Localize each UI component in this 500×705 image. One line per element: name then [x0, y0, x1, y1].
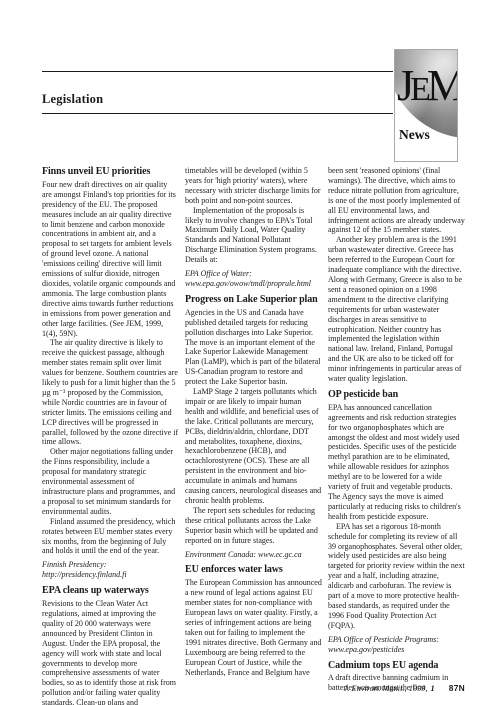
page-footer: J. Environ. Monit., 1999,187N	[42, 683, 465, 693]
page-number: 87N	[449, 683, 465, 693]
paragraph: Another key problem area is the 1991 urb…	[328, 235, 465, 384]
header-rule-top	[42, 71, 393, 72]
column-2: timetables will be developed (within 5 y…	[185, 166, 322, 705]
paragraph: Agencies in the US and Canada have publi…	[185, 308, 322, 387]
story-heading: EU enforces water laws	[185, 565, 322, 575]
paragraph: Finland assumed the presidency, which ro…	[42, 517, 179, 557]
jem-letter: M	[427, 64, 458, 108]
journal-citation: J. Environ. Monit., 1999,	[344, 684, 428, 693]
reference-link: Finnish Presidency: http://presidency.fi…	[42, 560, 179, 580]
logo-news-label: News	[399, 127, 430, 143]
story-heading: OP pesticide ban	[328, 390, 465, 400]
paragraph: The report sets schedules for reducing t…	[185, 506, 322, 546]
paragraph: The air quality directive is likely to r…	[42, 338, 179, 447]
header-rule-bottom	[42, 113, 393, 114]
reference-link: Environment Canada: www.ec.gc.ca	[185, 550, 322, 560]
column-1: Finns unveil EU prioritiesFour new draft…	[42, 166, 179, 705]
story-heading: Progress on Lake Superior plan	[185, 295, 322, 305]
paragraph: Implementation of the proposals is likel…	[185, 206, 322, 265]
paragraph: EPA has announced cancellation agreement…	[328, 403, 465, 522]
paragraph: been sent 'reasoned opinions' (final war…	[328, 166, 465, 235]
jem-logo-text: JEM	[397, 64, 458, 108]
volume-number: 1	[431, 684, 435, 693]
paragraph: timetables will be developed (within 5 y…	[185, 166, 322, 206]
journal-logo: JEM News	[394, 49, 458, 162]
story-heading: Finns unveil EU priorities	[42, 167, 179, 177]
reference-link: EPA Office of Water: www.epa.gov/owow/tm…	[185, 269, 322, 289]
section-title: Legislation	[42, 92, 103, 107]
paragraph: Four new draft directives on air quality…	[42, 180, 179, 339]
paragraph: The European Commission has announced a …	[185, 578, 322, 677]
story-heading: EPA cleans up waterways	[42, 586, 179, 596]
paragraph: LaMP Stage 2 targets pollutants which im…	[185, 387, 322, 506]
column-3: been sent 'reasoned opinions' (final war…	[328, 166, 465, 705]
reference-link: EPA Office of Pesticide Programs: www.ep…	[328, 635, 465, 655]
columns: Finns unveil EU prioritiesFour new draft…	[42, 166, 465, 705]
story-heading: Cadmium tops EU agenda	[328, 661, 465, 671]
paragraph: EPA has set a rigorous 18-month schedule…	[328, 522, 465, 631]
journal-page: Legislation JEM News Finns unveil EU pri…	[0, 0, 500, 705]
paragraph: Other major negotiations falling under t…	[42, 447, 179, 516]
